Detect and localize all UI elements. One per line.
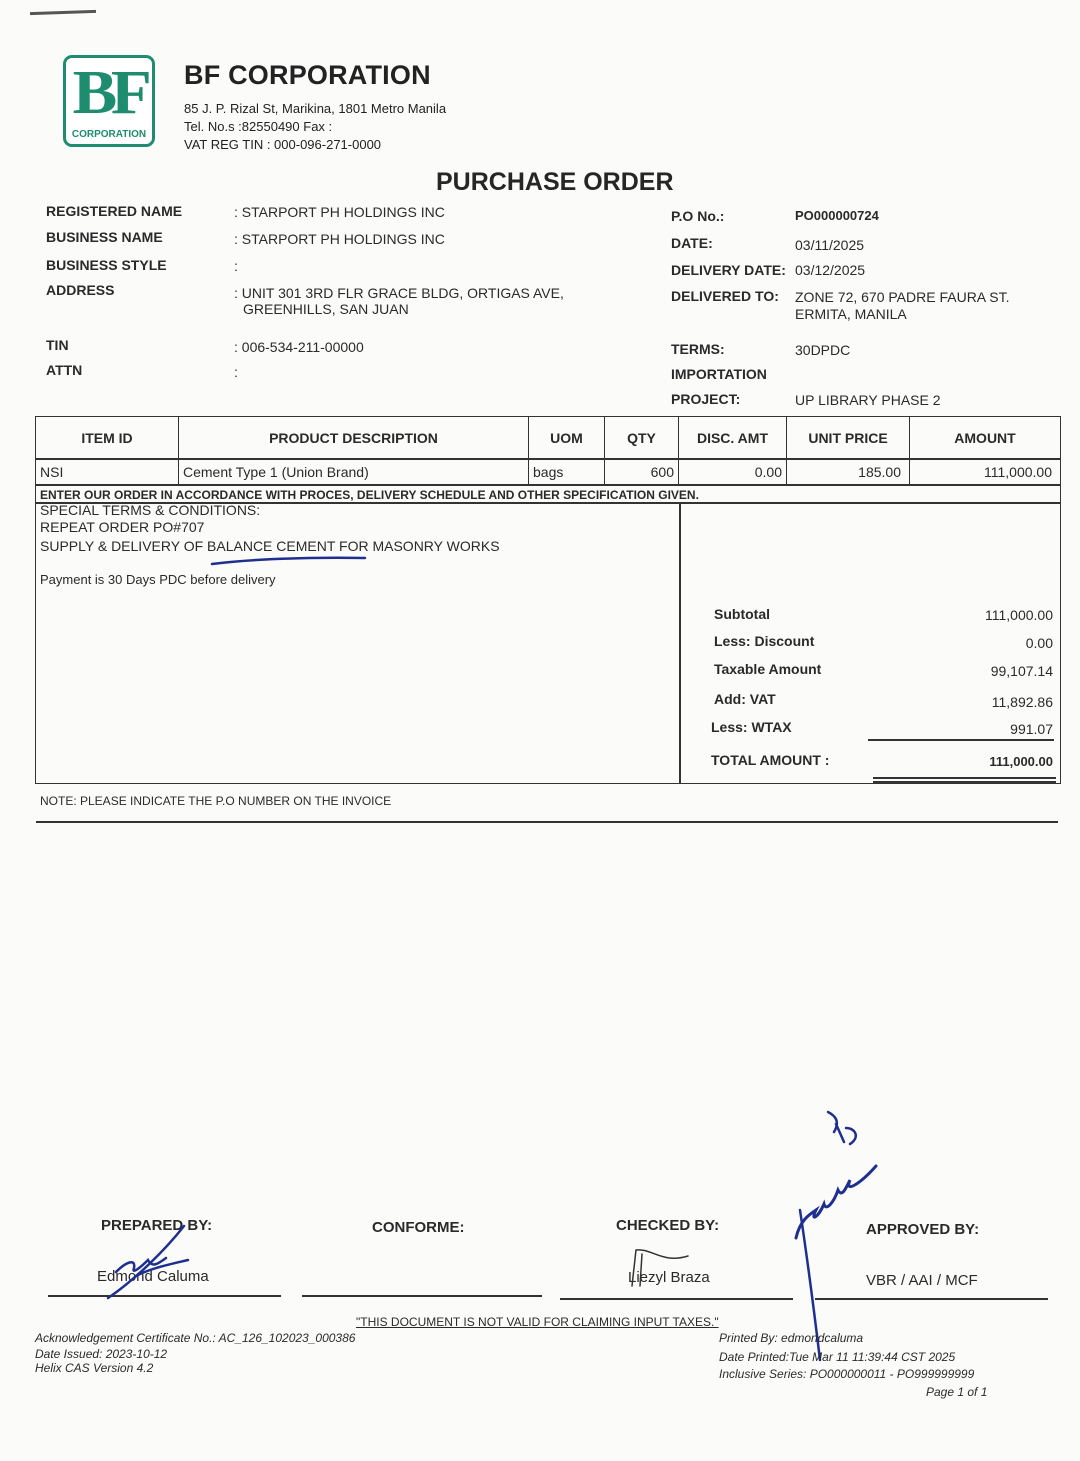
cell-disc-amt: 0.00: [679, 459, 787, 485]
col-amount: AMOUNT: [910, 417, 1060, 459]
attn-value: :: [234, 364, 238, 380]
delivered-to-label: DELIVERED TO:: [671, 288, 779, 304]
delivered-to-line2: ERMITA, MANILA: [795, 306, 907, 322]
taxable-label: Taxable Amount: [714, 661, 821, 677]
date-issued: Date Issued: 2023-10-12: [35, 1347, 167, 1361]
checked-by-line: [560, 1298, 793, 1300]
invoice-note: NOTE: PLEASE INDICATE THE P.O NUMBER ON …: [40, 794, 391, 808]
project-value: UP LIBRARY PHASE 2: [795, 392, 941, 408]
wtax-rule: [868, 739, 1054, 741]
ink-underline: [210, 556, 370, 568]
importation-label: IMPORTATION: [671, 366, 767, 382]
registered-name-value: : STARPORT PH HOLDINGS INC: [234, 204, 445, 220]
company-tel: Tel. No.s :82550490 Fax :: [184, 119, 332, 134]
order-notice: ENTER OUR ORDER IN ACCORDANCE WITH PROCE…: [40, 488, 699, 502]
special-terms-line: REPEAT ORDER PO#707: [40, 519, 204, 535]
note-rule: [36, 821, 1058, 823]
address-label: ADDRESS: [46, 282, 114, 298]
discount-label: Less: Discount: [714, 633, 814, 649]
table-header: ITEM ID PRODUCT DESCRIPTION UOM QTY DISC…: [36, 417, 1060, 459]
delivered-to-line1: ZONE 72, 670 PADRE FAURA ST.: [795, 289, 1009, 305]
subtotal-label: Subtotal: [714, 606, 770, 622]
cell-unit-price: 185.00: [787, 459, 910, 485]
checked-signature: [622, 1244, 702, 1290]
business-style-label: BUSINESS STYLE: [46, 257, 167, 273]
checked-by-title: CHECKED BY:: [616, 1217, 719, 1234]
delivery-date-label: DELIVERY DATE:: [671, 262, 786, 278]
printed-by: Printed By: edmondcaluma: [719, 1331, 863, 1345]
registered-name-label: REGISTERED NAME: [46, 203, 182, 219]
table-row: NSI Cement Type 1 (Union Brand) bags 600…: [36, 459, 1060, 485]
row-divider: [36, 484, 1060, 486]
page-number: Page 1 of 1: [926, 1385, 987, 1399]
tin-label: TIN: [46, 337, 69, 353]
project-label: PROJECT:: [671, 391, 740, 407]
tin-value: : 006-534-211-00000: [234, 339, 364, 355]
col-qty: QTY: [605, 417, 679, 459]
company-address: 85 J. P. Rizal St, Marikina, 1801 Metro …: [184, 101, 446, 116]
taxable-value: 99,107.14: [893, 663, 1053, 679]
company-vat-tin: VAT REG TIN : 000-096-271-0000: [184, 137, 381, 152]
payment-note: Payment is 30 Days PDC before delivery: [40, 572, 276, 587]
ack-certificate: Acknowledgement Certificate No.: AC_126_…: [35, 1331, 355, 1345]
delivery-date-value: 03/12/2025: [795, 262, 865, 278]
date-label: DATE:: [671, 235, 713, 251]
conforme-title: CONFORME:: [372, 1219, 465, 1236]
wtax-value: 991.07: [893, 721, 1053, 737]
col-description: PRODUCT DESCRIPTION: [179, 417, 529, 459]
attn-label: ATTN: [46, 362, 82, 378]
inclusive-series: Inclusive Series: PO000000011 - PO999999…: [719, 1367, 974, 1381]
cell-description: Cement Type 1 (Union Brand): [179, 459, 529, 485]
col-uom: UOM: [529, 417, 605, 459]
body-column-divider: [679, 503, 681, 783]
business-name-label: BUSINESS NAME: [46, 229, 163, 245]
subtotal-value: 111,000.00: [893, 607, 1053, 623]
cell-amount: 111,000.00: [910, 459, 1060, 485]
conforme-line: [302, 1295, 542, 1297]
vat-value: 11,892.86: [893, 694, 1053, 710]
tax-disclaimer: "THIS DOCUMENT IS NOT VALID FOR CLAIMING…: [356, 1315, 719, 1329]
discount-value: 0.00: [893, 635, 1053, 651]
document-title: PURCHASE ORDER: [436, 168, 674, 197]
terms-value: 30DPDC: [795, 342, 850, 358]
total-label: TOTAL AMOUNT :: [711, 752, 829, 768]
cell-uom: bags: [529, 459, 605, 485]
total-double-rule-bottom: [873, 781, 1056, 783]
prepared-signature: [96, 1224, 196, 1304]
po-no-value: PO000000724: [795, 208, 879, 223]
special-terms-heading: SPECIAL TERMS & CONDITIONS:: [40, 502, 260, 518]
date-printed: Date Printed:Tue Mar 11 11:39:44 CST 202…: [719, 1350, 955, 1364]
col-unit-price: UNIT PRICE: [787, 417, 910, 459]
total-value: 111,000.00: [893, 754, 1053, 769]
terms-label: TERMS:: [671, 341, 725, 357]
cell-item-id: NSI: [36, 459, 179, 485]
col-item-id: ITEM ID: [36, 417, 179, 459]
cell-qty: 600: [605, 459, 679, 485]
total-double-rule-top: [873, 777, 1056, 779]
approved-signature: [780, 1110, 900, 1360]
address-value-line1: : UNIT 301 3RD FLR GRACE BLDG, ORTIGAS A…: [234, 285, 564, 301]
cas-version: Helix CAS Version 4.2: [35, 1361, 153, 1375]
logo-letters: BF: [63, 62, 156, 124]
company-name: BF CORPORATION: [184, 60, 431, 91]
date-value: 03/11/2025: [795, 237, 864, 253]
col-disc-amt: DISC. AMT: [679, 417, 787, 459]
business-name-value: : STARPORT PH HOLDINGS INC: [234, 231, 445, 247]
vat-label: Add: VAT: [714, 691, 776, 707]
business-style-value: :: [234, 258, 238, 274]
po-no-label: P.O No.:: [671, 208, 724, 224]
special-terms-line: SUPPLY & DELIVERY OF BALANCE CEMENT FOR …: [40, 538, 500, 554]
address-value-line2: GREENHILLS, SAN JUAN: [243, 301, 409, 317]
wtax-label: Less: WTAX: [711, 719, 792, 735]
company-logo: BF CORPORATION: [63, 55, 155, 147]
logo-subtext: CORPORATION: [66, 129, 152, 140]
scan-mark: [30, 10, 96, 15]
